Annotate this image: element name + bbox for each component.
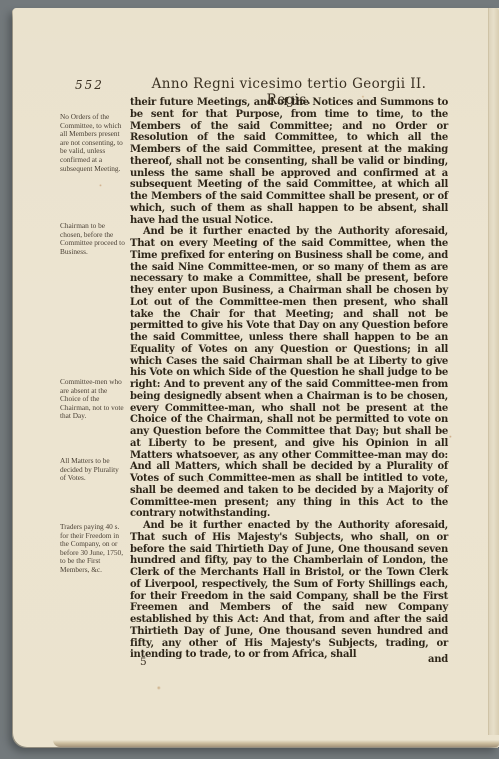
body-paragraph-chairman-voting: And be it further enacted by the Authori… [130, 226, 448, 520]
page-fold-edge [488, 8, 499, 735]
page-bottom-edge [53, 740, 499, 747]
margin-note-absent-members: Committee-men who are absent at the Choi… [60, 378, 126, 421]
scanned-document-backdrop: 552 Anno Regni vicesimo tertio Georgii I… [0, 0, 499, 759]
catchword: and [130, 654, 448, 665]
margin-note-plurality-votes: All Matters to be decided by Plurality o… [60, 457, 126, 483]
body-paragraph-traders-payment: And be it further enacted by the Authori… [130, 520, 448, 661]
book-page: 552 Anno Regni vicesimo tertio Georgii I… [13, 8, 499, 747]
margin-note-chairman-chosen: Chairman to be chosen, before the Commit… [60, 222, 126, 256]
margin-note-orders-consent: No Orders of the Committee, to which all… [60, 113, 126, 173]
margin-note-traders-freedom: Traders paying 40 s. for their Freedom i… [60, 523, 126, 575]
body-paragraph-meetings-notice: their future Meetings, and of the Notice… [130, 97, 448, 226]
body-text-column: their future Meetings, and of the Notice… [130, 97, 448, 661]
folio-number: 552 [75, 78, 104, 92]
